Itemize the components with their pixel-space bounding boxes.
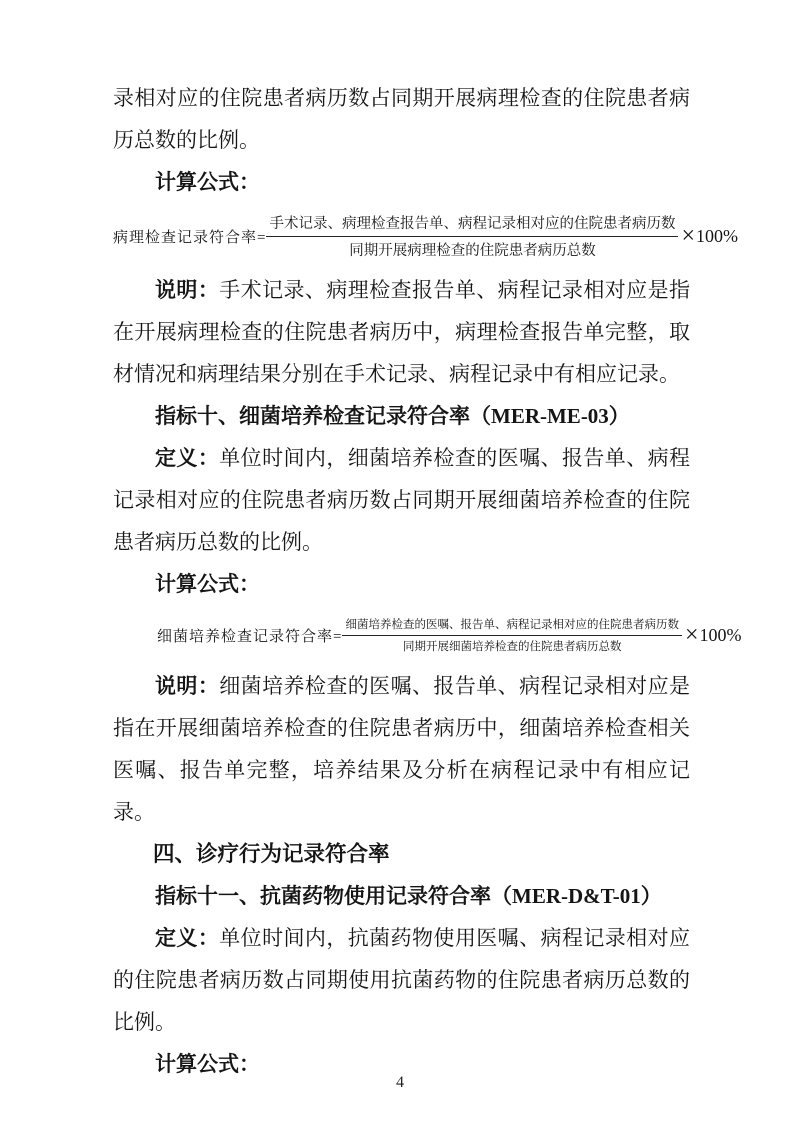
page-number: 4 (0, 1074, 800, 1092)
calc-formula-heading-2: 计算公式： (113, 563, 690, 605)
paragraph-definition-indicator-11: 定义：单位时间内，抗菌药物使用医嘱、病程记录相对应的住院患者病历数占同期使用抗菌… (113, 917, 690, 1043)
formula-bacterial-culture-compliance-rate: 细菌培养检查记录符合率= 细菌培养检查的医嘱、报告单、病程记录相对应的住院患者病… (113, 605, 690, 665)
formula2-lhs: 细菌培养检查记录符合率 (157, 629, 333, 645)
paragraph-definition-indicator-10: 定义：单位时间内，细菌培养检查的医嘱、报告单、病程记录相对应的住院患者病历数占同… (113, 437, 690, 563)
formula2-fraction: 细菌培养检查的医嘱、报告单、病程记录相对应的住院患者病历数 同期开展细菌培养检查… (342, 616, 682, 654)
multiplication-sign: × (681, 224, 695, 248)
formula1-multiplier: × 100% (678, 224, 738, 248)
paragraph-note-bacterial-culture: 说明：细菌培养检查的医嘱、报告单、病程记录相对应是指在开展细菌培养检查的住院患者… (113, 665, 690, 833)
formula2-label: 细菌培养检查记录符合率= (157, 625, 342, 646)
formula2-percent-value: 100% (700, 625, 742, 646)
heading-indicator-10: 指标十、细菌培养检查记录符合率（MER-ME-03） (113, 395, 690, 437)
multiplication-sign: × (685, 623, 699, 647)
def10-label: 定义： (155, 446, 219, 470)
document-page: 录相对应的住院患者病历数占同期开展病理检查的住院患者病历总数的比例。 计算公式：… (0, 0, 800, 1131)
def11-label: 定义： (155, 926, 219, 950)
heading-section-4: 四、诊疗行为记录符合率 (113, 833, 690, 875)
formula-pathology-check-compliance-rate: 病理检查记录符合率= 手术记录、病理检查报告单、病程记录相对应的住院患者病历数 … (113, 203, 690, 269)
formula2-numerator: 细菌培养检查的医嘱、报告单、病程记录相对应的住院患者病历数 (342, 616, 682, 636)
formula2-equals-sign: = (333, 629, 342, 645)
formula1-numerator: 手术记录、病理检查报告单、病程记录相对应的住院患者病历数 (266, 212, 678, 237)
note2-label: 说明： (155, 674, 219, 698)
formula1-lhs: 病理检查记录符合率 (113, 230, 257, 246)
formula1-equals-sign: = (257, 230, 266, 246)
heading-indicator-11: 指标十一、抗菌药物使用记录符合率（MER-D&T-01） (113, 875, 690, 917)
calc-formula-heading-1: 计算公式： (113, 161, 690, 203)
formula1-denominator: 同期开展病理检查的住院患者病历总数 (266, 237, 678, 260)
formula1-label: 病理检查记录符合率= (113, 226, 266, 247)
formula1-percent-value: 100% (696, 226, 738, 247)
page-content: 录相对应的住院患者病历数占同期开展病理检查的住院患者病历总数的比例。 计算公式：… (113, 77, 690, 1085)
note1-label: 说明： (155, 278, 219, 302)
paragraph-pathology-definition-continuation: 录相对应的住院患者病历数占同期开展病理检查的住院患者病历总数的比例。 (113, 77, 690, 161)
paragraph-note-pathology: 说明：手术记录、病理检查报告单、病程记录相对应是指在开展病理检查的住院患者病历中… (113, 269, 690, 395)
formula2-denominator: 同期开展细菌培养检查的住院患者病历总数 (342, 636, 682, 654)
formula2-multiplier: × 100% (682, 623, 742, 647)
formula1-fraction: 手术记录、病理检查报告单、病程记录相对应的住院患者病历数 同期开展病理检查的住院… (266, 212, 678, 260)
